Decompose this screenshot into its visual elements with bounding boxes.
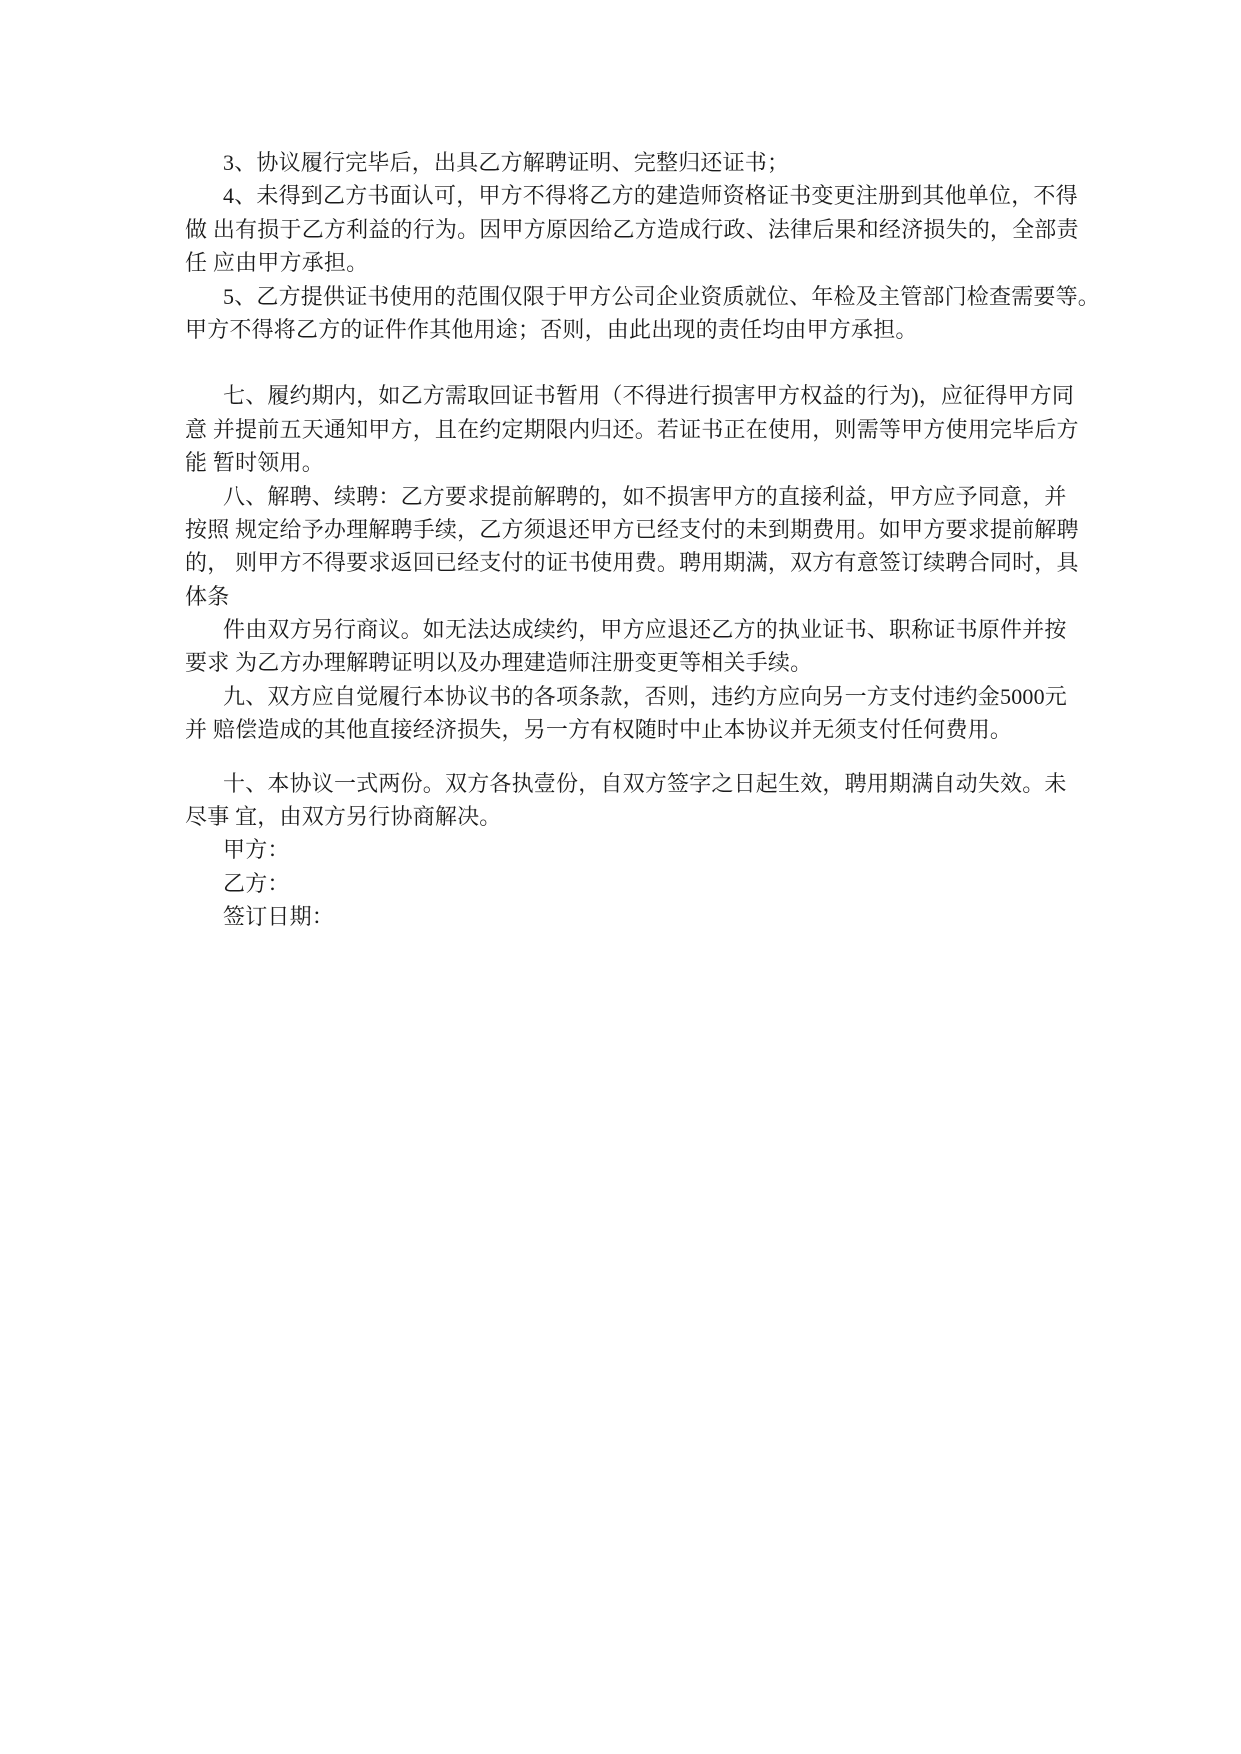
- contract-text-line: 八、解聘、续聘：乙方要求提前解聘的，如不损害甲方的直接利益，甲方应予同意，并: [185, 480, 1105, 513]
- document-page: 3、协议履行完毕后，出具乙方解聘证明、完整归还证书；4、未得到乙方书面认可，甲方…: [0, 0, 1241, 1754]
- contract-text-line: 并 赔偿造成的其他直接经济损失，另一方有权随时中止本协议并无须支付任何费用。: [185, 713, 1105, 746]
- contract-text-line: 4、未得到乙方书面认可，甲方不得将乙方的建造师资格证书变更注册到其他单位，不得: [185, 179, 1105, 212]
- contract-text-line: 按照 规定给予办理解聘手续，乙方须退还甲方已经支付的未到期费用。如甲方要求提前解…: [185, 513, 1105, 546]
- contract-text-line: 任 应由甲方承担。: [185, 246, 1105, 279]
- contract-text-line: 意 并提前五天通知甲方，且在约定期限内归还。若证书正在使用，则需等甲方使用完毕后…: [185, 413, 1105, 446]
- contract-text-line: 3、协议履行完毕后，出具乙方解聘证明、完整归还证书；: [185, 146, 1105, 179]
- contract-text-line: 件由双方另行商议。如无法达成续约，甲方应退还乙方的执业证书、职称证书原件并按: [185, 613, 1105, 646]
- contract-text-line: 能 暂时领用。: [185, 446, 1105, 479]
- contract-text-line: 签订日期：: [185, 900, 1105, 933]
- contract-text-line: 做 出有损于乙方利益的行为。因甲方原因给乙方造成行政、法律后果和经济损失的，全部…: [185, 213, 1105, 246]
- contract-text-line: 九、双方应自觉履行本协议书的各项条款，否则，违约方应向另一方支付违约金5000元: [185, 680, 1105, 713]
- contract-text-line: 乙方：: [185, 867, 1105, 900]
- contract-text-line: 体条: [185, 580, 1105, 613]
- contract-text-line: 甲方不得将乙方的证件作其他用途；否则，由此出现的责任均由甲方承担。: [185, 313, 1105, 346]
- contract-text-line: 要求 为乙方办理解聘证明以及办理建造师注册变更等相关手续。: [185, 646, 1105, 679]
- contract-text-line: 尽事 宜，由双方另行协商解决。: [185, 800, 1105, 833]
- contract-text-line: 的， 则甲方不得要求返回已经支付的证书使用费。聘用期满，双方有意签订续聘合同时，…: [185, 546, 1105, 579]
- contract-text-line: 甲方：: [185, 833, 1105, 866]
- contract-text-line: 十、本协议一式两份。双方各执壹份，自双方签字之日起生效，聘用期满自动失效。未: [185, 767, 1105, 800]
- paragraph-gap: [185, 346, 1105, 379]
- contract-text-line: 七、履约期内，如乙方需取回证书暂用（不得进行损害甲方权益的行为)，应征得甲方同: [185, 379, 1105, 412]
- paragraph-gap: [185, 747, 1105, 767]
- contract-body: 3、协议履行完毕后，出具乙方解聘证明、完整归还证书；4、未得到乙方书面认可，甲方…: [185, 146, 1105, 934]
- contract-text-line: 5、乙方提供证书使用的范围仅限于甲方公司企业资质就位、年检及主管部门检查需要等。: [185, 280, 1105, 313]
